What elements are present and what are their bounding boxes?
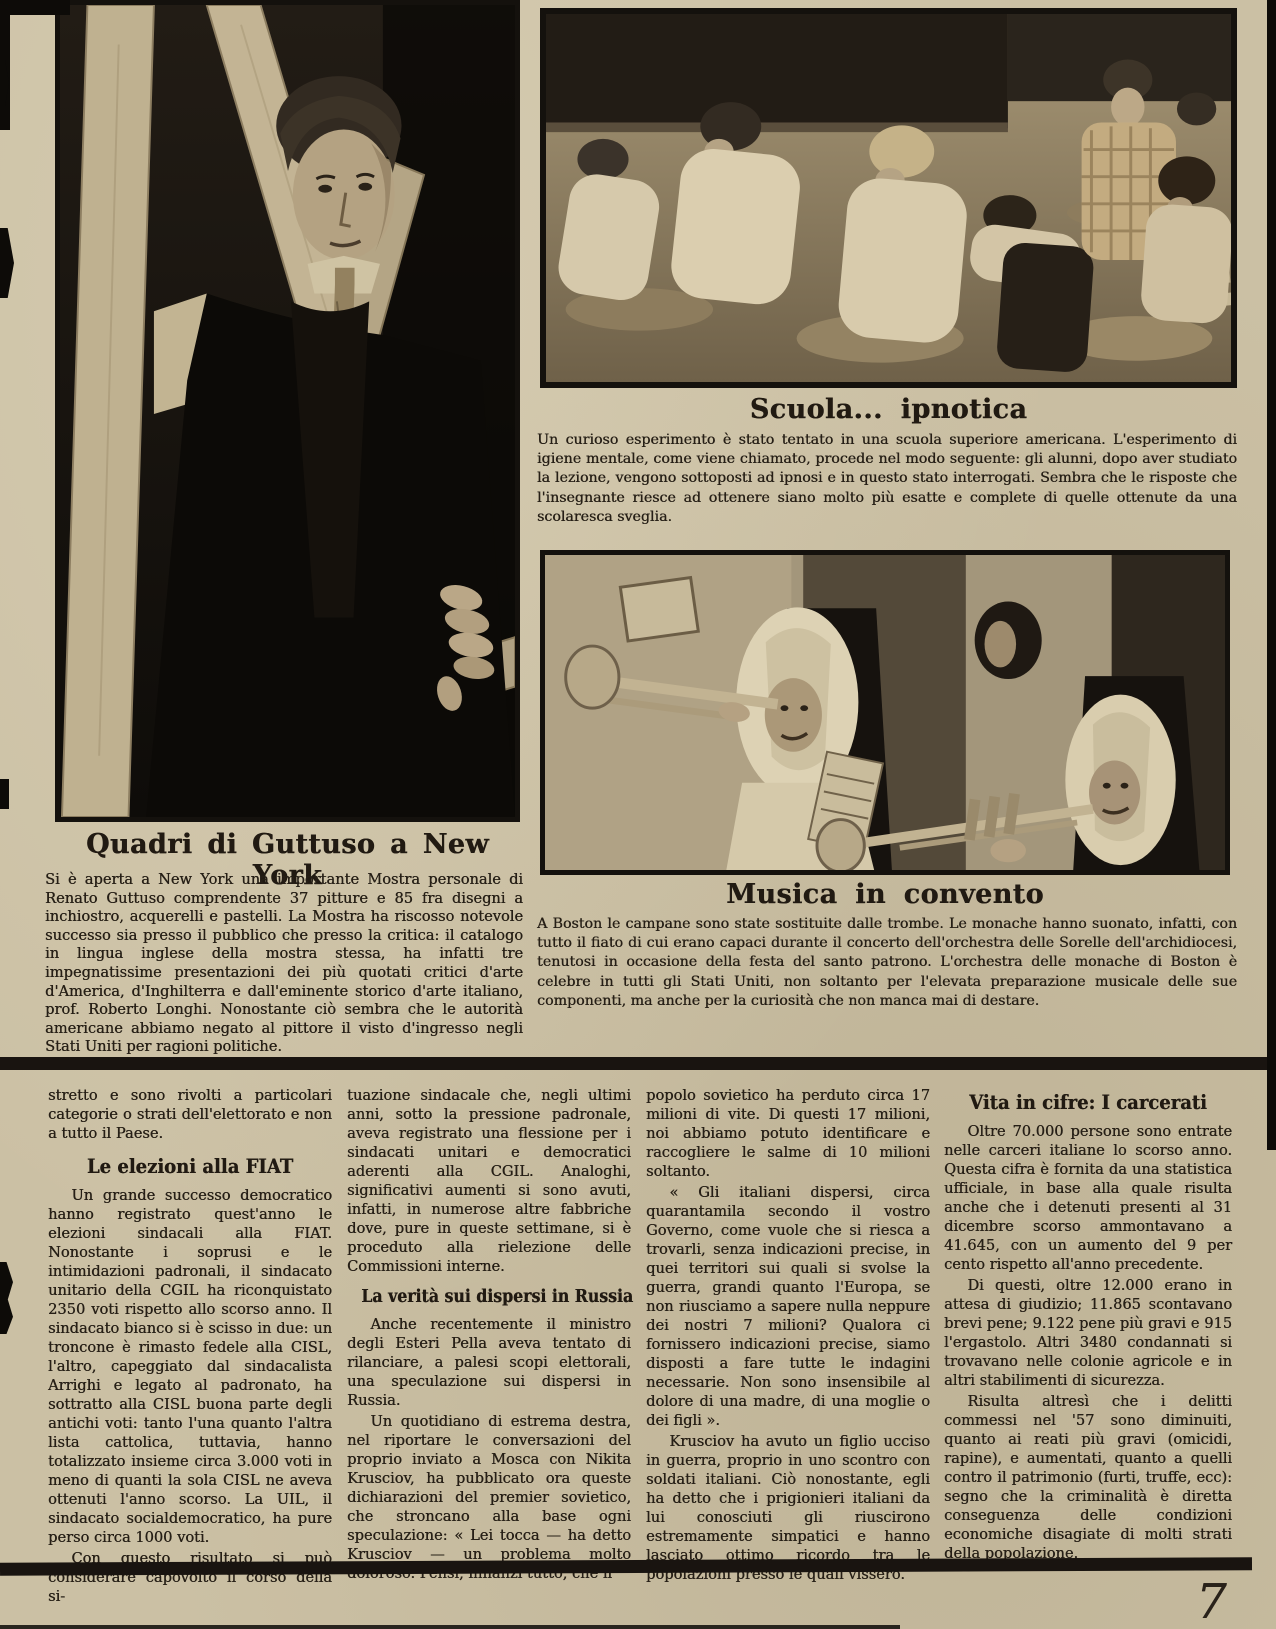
news-column-4: Vita in cifre: I carcerati Oltre 70.000 … [944,1086,1232,1565]
scan-edge-mark [0,0,70,15]
scan-edge-mark [1267,0,1276,1150]
paragraph: « Gli italiani dispersi, circa quarantam… [646,1183,930,1430]
musica-caption: A Boston le campane sono state sostituit… [537,915,1237,1011]
guttuso-body: Si è aperta a New York una importante Mo… [45,871,523,1057]
scan-edge-mark [0,228,14,298]
paragraph: tuazione sindacale che, negli ultimi ann… [347,1086,631,1276]
column-heading-fiat: Le elezioni alla FIAT [62,1154,318,1178]
scan-edge-mark [0,1625,900,1629]
news-column-2: tuazione sindacale che, negli ultimi ann… [347,1086,631,1585]
column-heading-dispersi: La verità sui dispersi in Russia [361,1287,617,1307]
paragraph: Anche recentemente il ministro degli Est… [347,1315,631,1410]
musica-title: Musica in convento [540,879,1230,910]
news-column-1: stretto e sono rivolti a particolari cat… [48,1086,332,1608]
column-heading-carcerati: Vita in cifre: I carcerati [958,1090,1217,1114]
magazine-page: Scuola... ipnotica Un curioso esperiment… [0,0,1276,1629]
paragraph: Di questi, oltre 12.000 erano in attesa … [944,1276,1232,1390]
paragraph: Risulta altresì che i delitti commessi n… [944,1392,1232,1563]
scan-edge-mark [0,779,9,809]
page-number: 7 [1196,1574,1227,1629]
paragraph: stretto e sono rivolti a particolari cat… [48,1086,332,1143]
paragraph: Un grande successo democratico hanno reg… [48,1186,332,1547]
section-divider-bar [0,1057,1276,1070]
news-column-3: popolo sovietico ha perduto circa 17 mil… [646,1086,930,1586]
guttuso-portrait-photo [55,0,520,822]
nuns-illustration [545,555,1225,870]
paragraph: popolo sovietico ha perduto circa 17 mil… [646,1086,930,1181]
scan-edge-mark [0,1262,13,1334]
paragraph: Con questo risultato si può considerare … [48,1549,332,1606]
nuns-brass-band-photo [540,550,1230,875]
paragraph: Un quotidiano di estrema destra, nel rip… [347,1412,631,1583]
classroom-hypnosis-photo [540,8,1237,388]
scuola-caption: Un curioso esperimento è stato tentato i… [537,431,1237,527]
paragraph: Oltre 70.000 persone sono entrate nelle … [944,1122,1232,1274]
classroom-illustration [546,14,1231,382]
guttuso-portrait-illustration [60,5,515,817]
scuola-title: Scuola... ipnotica [540,394,1237,425]
